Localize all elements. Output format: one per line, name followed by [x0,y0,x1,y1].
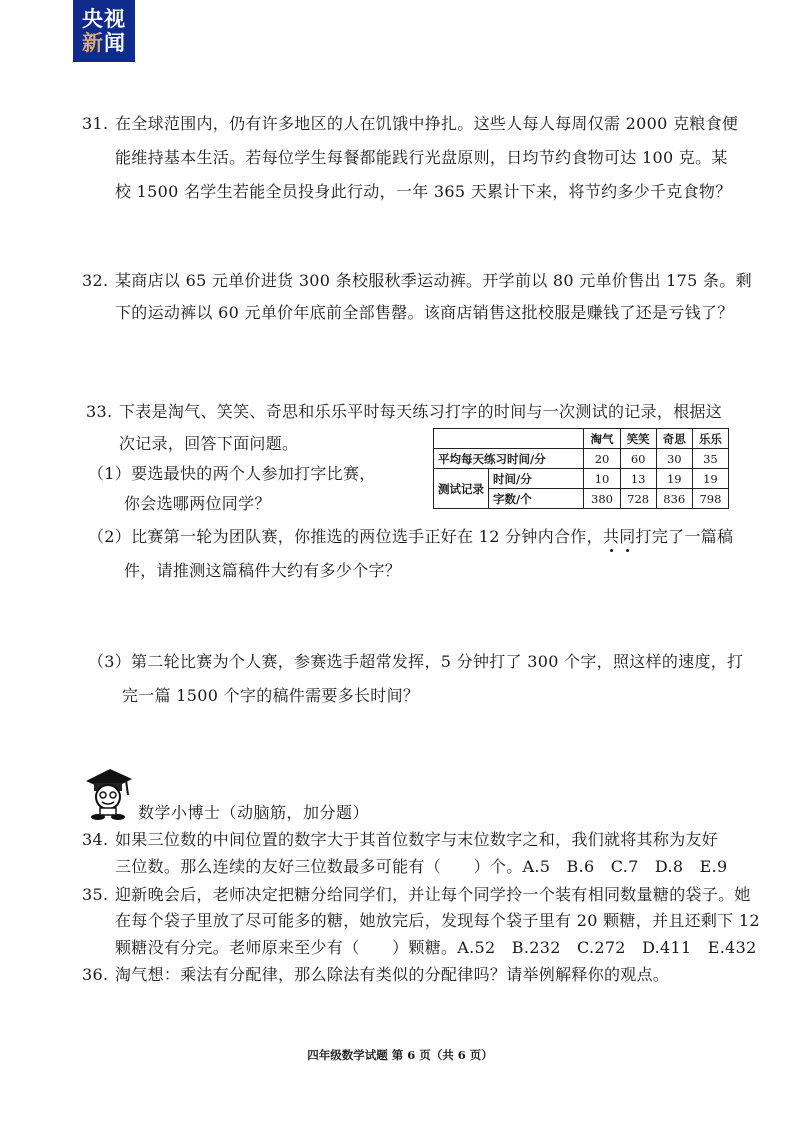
sub2-text-b: 打完了一篇稿 [636,527,734,546]
table-cell: 19 [656,469,692,489]
logo-line-2: 新闻 [82,33,126,54]
row-label-words: 字数/个 [489,489,584,509]
typing-record-table: 淘气 笑笑 奇思 乐乐 平均每天练习时间/分 20 60 30 35 测试记录 … [433,428,729,509]
q34-line-2: 三位数。那么连续的友好三位数最多可能有（ ）个。A.5 B.6 C.7 D.8 … [115,857,727,877]
header-xiaoxiao: 笑笑 [620,429,656,449]
row-group-label-test-record: 测试记录 [434,469,489,509]
q34-line-1: 34.如果三位数的中间位置的数字大于其首位数字与末位数字之和，我们就将其称为友好 [82,830,718,850]
logo-char-wen: 闻 [104,31,126,55]
q33-sub3-line-2: 完一篇 1500 个字的稿件需要多长时间？ [122,686,419,706]
question-text: 淘气想：乘法有分配律，那么除法有类似的分配律吗？请举例解释你的观点。 [115,965,669,984]
table-row: 测试记录 时间/分 10 13 19 19 [434,469,729,489]
q33-sub2-line-2: 件，请推测这篇稿件大约有多少个字？ [124,561,401,581]
emphasis-char: 共 [603,527,619,546]
q31-line-2: 能维持基本生活。若每位学生每餐都能践行光盘原则，日均节约食物可达 100 克。某 [115,148,728,168]
page-footer: 四年级数学试题 第 6 页（共 6 页） [0,1047,800,1063]
table-cell: 60 [620,449,656,469]
table-cell: 13 [620,469,656,489]
question-number: 31. [82,114,115,134]
doctor-cap-mascot-icon [84,767,134,821]
q31-line-3: 校 1500 名学生若能全员投身此行动，一年 365 天累计下来，将节约多少千克… [115,182,732,202]
question-text: 在全球范围内，仍有许多地区的人在饥饿中挣扎。这些人每人每周仅需 2000 克粮食… [115,114,738,133]
table-row: 平均每天练习时间/分 20 60 30 35 [434,449,729,469]
q32-line-1: 32.某商店以 65 元单价进货 300 条校服秋季运动裤。开学前以 80 元单… [82,271,752,291]
question-text: 如果三位数的中间位置的数字大于其首位数字与末位数字之和，我们就将其称为友好 [115,830,718,849]
question-number: 33. [86,402,119,422]
header-qisi: 奇思 [656,429,692,449]
header-lele: 乐乐 [692,429,728,449]
question-36: 36.淘气想：乘法有分配律，那么除法有类似的分配律吗？请举例解释你的观点。 [82,965,669,985]
row-label-time: 时间/分 [489,469,584,489]
table-corner-cell [434,429,584,449]
table-cell: 20 [584,449,620,469]
question-number: 32. [82,271,115,291]
q35-line-1: 35.迎新晚会后，老师决定把糖分给同学们，并让每个同学拎一个装有相同数量糖的袋子… [82,885,751,905]
q35-line-3: 颗糖没有分完。老师原来至少有（ ）颗糖。A.52 B.232 C.272 D.4… [115,938,757,958]
table-cell: 728 [620,489,656,509]
table-cell: 798 [692,489,728,509]
q33-sub3-line-1: （3）第二轮比赛为个人赛，参赛选手超常发挥，5 分钟打了 300 个字，照这样的… [88,652,743,672]
question-text: 下表是淘气、笑笑、奇思和乐乐平时每天练习打字的时间与一次测试的记录，根据这 [119,402,722,421]
table-cell: 380 [584,489,620,509]
question-text: 迎新晚会后，老师决定把糖分给同学们，并让每个同学拎一个装有相同数量糖的袋子。她 [115,885,751,904]
q33-sub1-line-2: 你会选哪两位同学？ [124,494,271,514]
table-cell: 836 [656,489,692,509]
question-number: 36. [82,965,115,985]
q32-line-2: 下的运动裤以 60 元单价年底前全部售罄。该商店销售这批校服是赚钱了还是亏钱了？ [115,303,734,323]
row-label-avg-practice: 平均每天练习时间/分 [434,449,584,469]
question-number: 34. [82,830,115,850]
table-cell: 35 [692,449,728,469]
sub2-text-a: （2）比赛第一轮为团队赛，你推选的两位选手正好在 12 分钟内合作， [88,527,603,546]
q33-line-2: 次记录，回答下面问题。 [119,434,298,454]
question-number: 35. [82,885,115,905]
header-taoqi: 淘气 [584,429,620,449]
table-cell: 19 [692,469,728,489]
q33-sub2-line-1: （2）比赛第一轮为团队赛，你推选的两位选手正好在 12 分钟内合作，共同打完了一… [88,527,733,547]
bonus-section-title: 数学小博士（动脑筋，加分题） [138,800,369,823]
q35-line-2: 在每个袋子里放了尽可能多的糖，她放完后，发现每个袋子里有 20 颗糖，并且还剩下… [115,911,760,931]
table-cell: 10 [584,469,620,489]
logo-line-1: 央视 [82,9,126,30]
cctv-news-logo: 央视 新闻 [73,0,135,62]
question-text: 某商店以 65 元单价进货 300 条校服秋季运动裤。开学前以 80 元单价售出… [115,271,752,290]
q31-line-1: 31.在全球范围内，仍有许多地区的人在饥饿中挣扎。这些人每人每周仅需 2000 … [82,114,738,134]
q33-line-1: 33.下表是淘气、笑笑、奇思和乐乐平时每天练习打字的时间与一次测试的记录，根据这 [86,402,722,422]
q33-sub1-line-1: （1）要选最快的两个人参加打字比赛， [88,464,376,484]
table-header-row: 淘气 笑笑 奇思 乐乐 [434,429,729,449]
logo-char-xin: 新 [82,31,104,55]
table-cell: 30 [656,449,692,469]
emphasis-char: 同 [619,527,635,546]
